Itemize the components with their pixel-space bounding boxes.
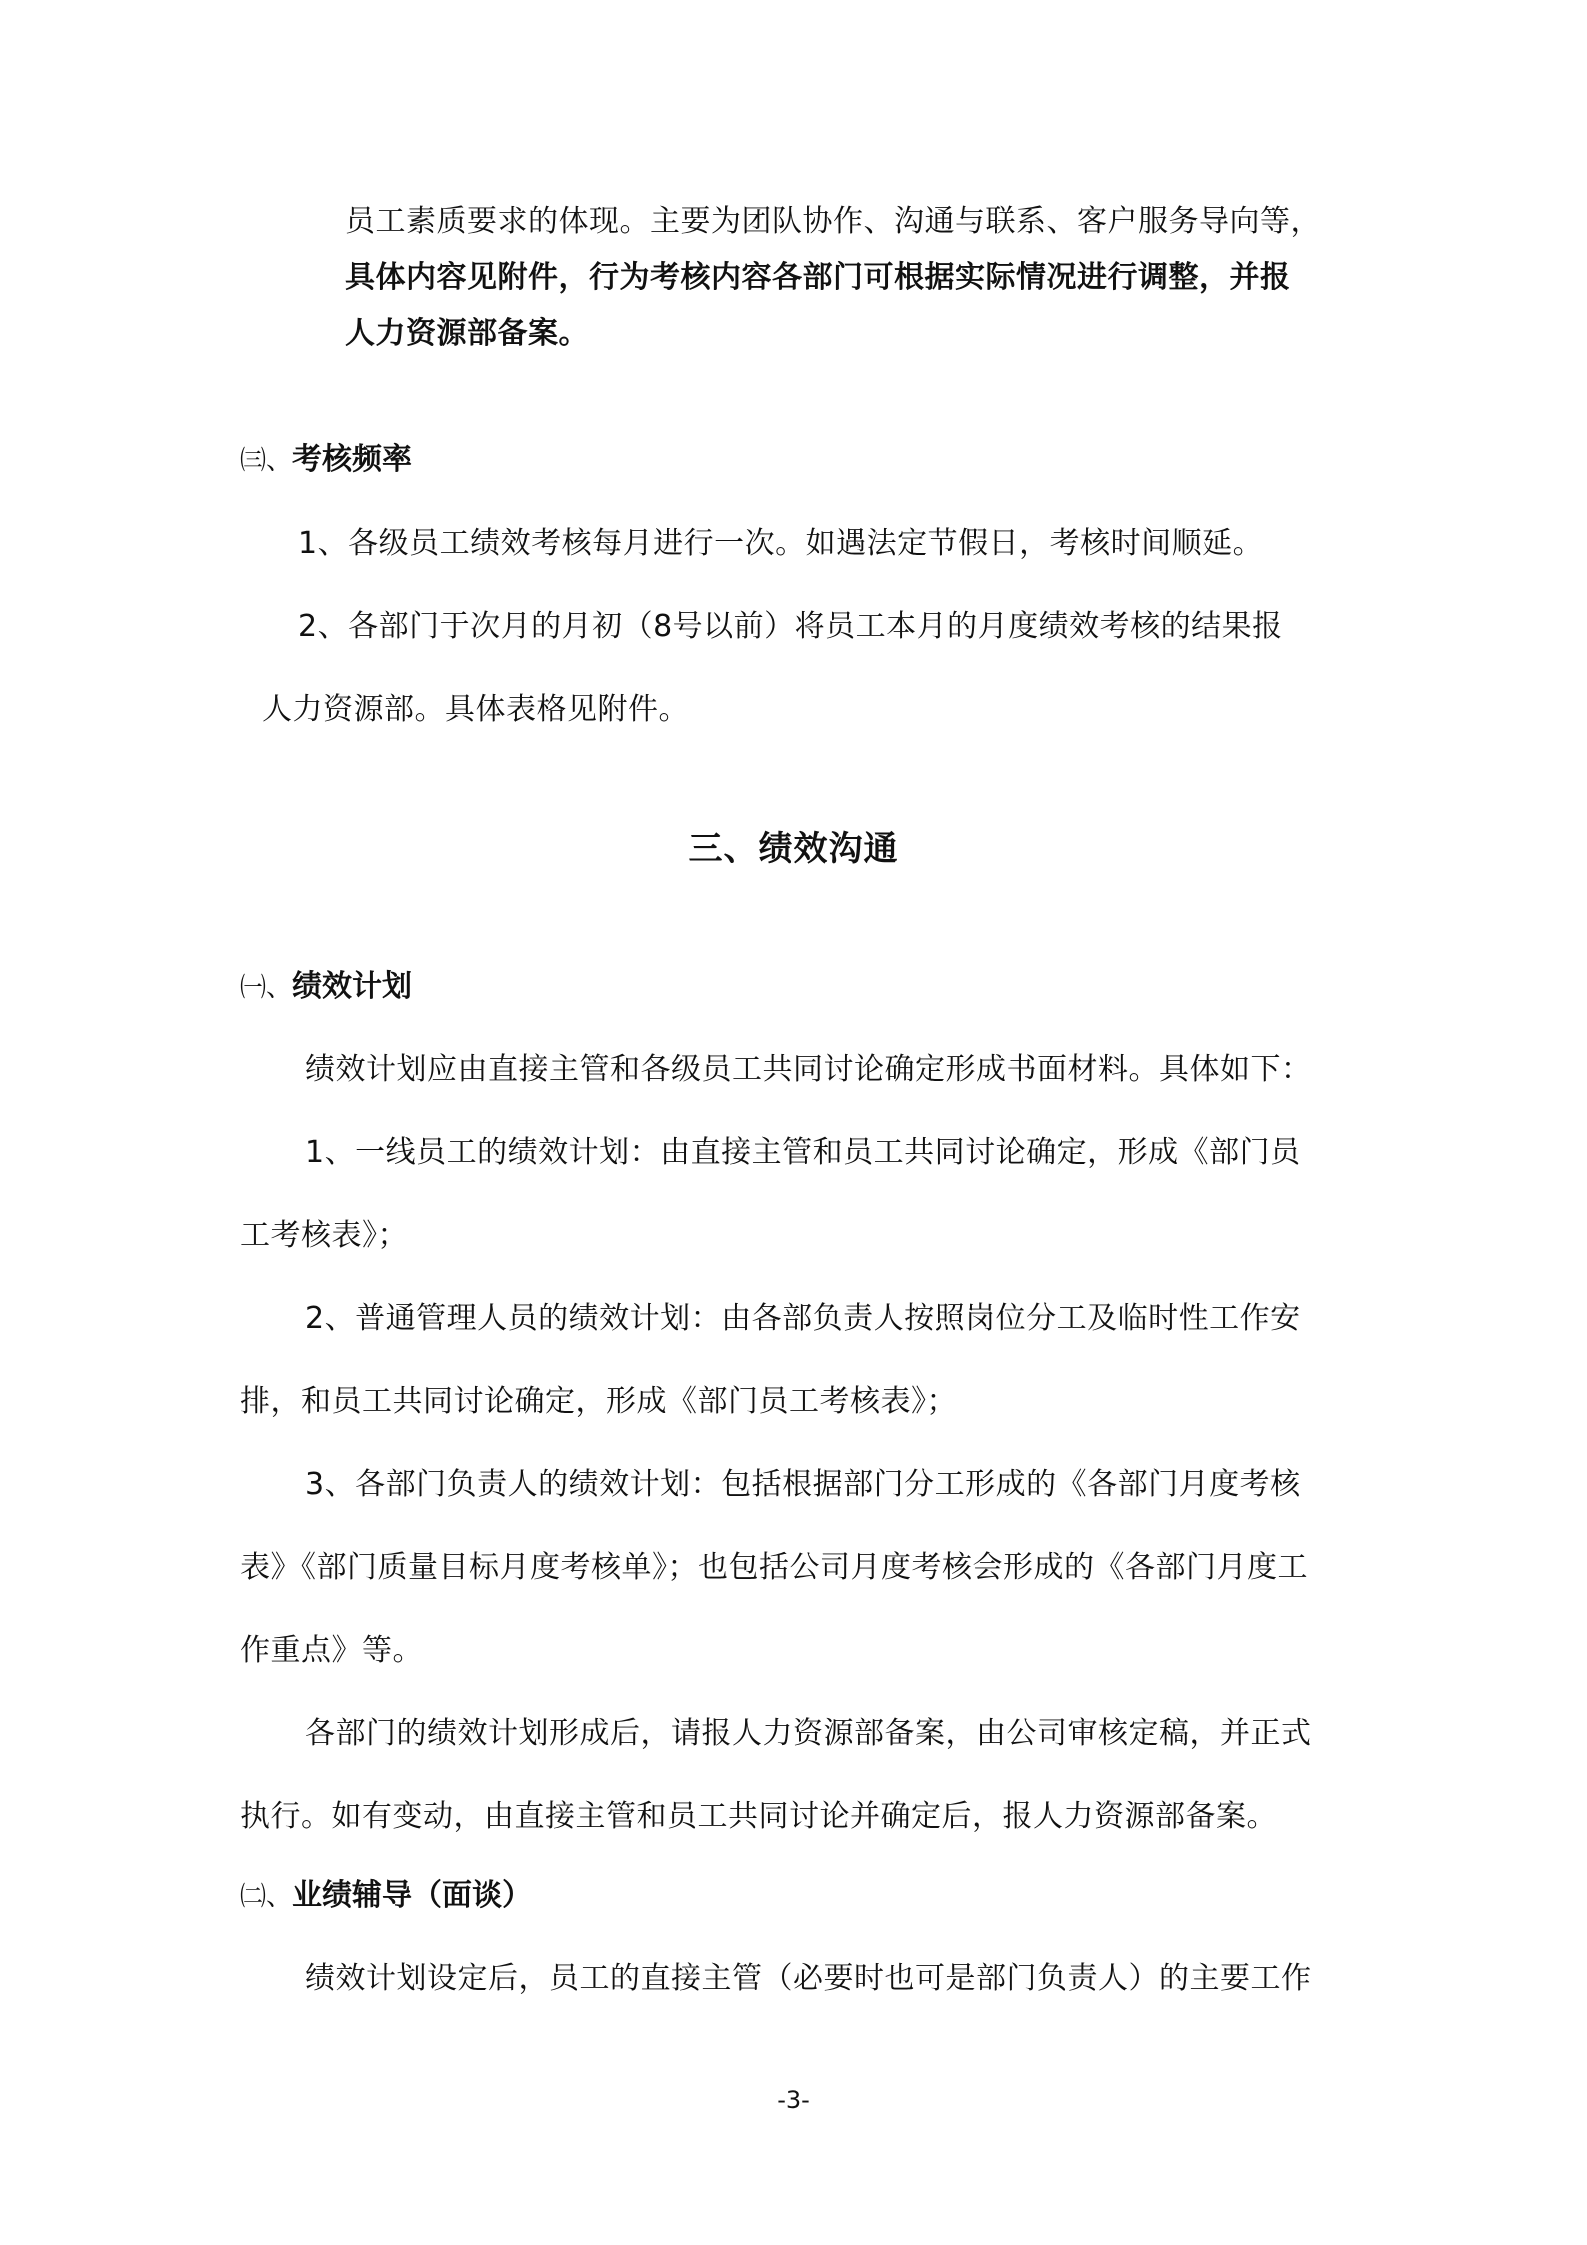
subsection-heading-frequency: ㈢、考核频率 [240, 440, 412, 481]
paragraph-line: 执行。如有变动，由直接主管和员工共同讨论并确定后，报人力资源部备案。 [240, 1797, 1355, 1837]
section-marker: ㈠、 [240, 973, 292, 1003]
paragraph-line: 各部门的绩效计划形成后，请报人力资源部备案，由公司审核定稿，并正式 [305, 1714, 1420, 1754]
section-title: 考核频率 [292, 442, 412, 477]
document-page: 员工素质要求的体现。主要为团队协作、沟通与联系、客户服务导向等， 具体内容见附件… [0, 0, 1587, 2245]
list-item-continuation: 排，和员工共同讨论确定，形成《部门员工考核表》； [240, 1382, 1355, 1422]
list-item-continuation: 作重点》等。 [240, 1631, 1355, 1671]
paragraph-line-bold: 人力资源部备案。 [345, 314, 1355, 354]
section-marker: ㈢、 [240, 446, 292, 476]
paragraph-line: 员工素质要求的体现。主要为团队协作、沟通与联系、客户服务导向等， [345, 202, 1355, 242]
page-number: -3- [0, 2085, 1587, 2115]
list-item-continuation: 工考核表》； [240, 1216, 1355, 1256]
subsection-heading-coaching: ㈡、业绩辅导（面谈） [240, 1876, 532, 1917]
subsection-heading-plan: ㈠、绩效计划 [240, 967, 412, 1008]
paragraph-line-bold: 具体内容见附件，行为考核内容各部门可根据实际情况进行调整，并报 [345, 258, 1355, 298]
paragraph-line: 绩效计划应由直接主管和各级员工共同讨论确定形成书面材料。具体如下： [305, 1050, 1420, 1090]
list-item: 3、各部门负责人的绩效计划：包括根据部门分工形成的《各部门月度考核 [305, 1465, 1420, 1505]
section-title: 业绩辅导（面谈） [292, 1878, 532, 1913]
list-item: 2、普通管理人员的绩效计划：由各部负责人按照岗位分工及临时性工作安 [305, 1299, 1420, 1339]
list-item-continuation: 表》《部门质量目标月度考核单》；也包括公司月度考核会形成的《各部门月度工 [240, 1548, 1355, 1588]
paragraph-line: 绩效计划设定后，员工的直接主管（必要时也可是部门负责人）的主要工作 [305, 1959, 1420, 1999]
list-item-continuation: 人力资源部。具体表格见附件。 [262, 690, 1377, 730]
section-title: 绩效计划 [292, 969, 412, 1004]
list-item: 1、各级员工绩效考核每月进行一次。如遇法定节假日，考核时间顺延。 [298, 524, 1413, 564]
list-item: 2、各部门于次月的月初（8号以前）将员工本月的月度绩效考核的结果报 [298, 607, 1413, 647]
section-marker: ㈡、 [240, 1882, 292, 1912]
list-item: 1、一线员工的绩效计划：由直接主管和员工共同讨论确定，形成《部门员 [305, 1133, 1420, 1173]
chapter-title: 三、绩效沟通 [0, 827, 1587, 871]
